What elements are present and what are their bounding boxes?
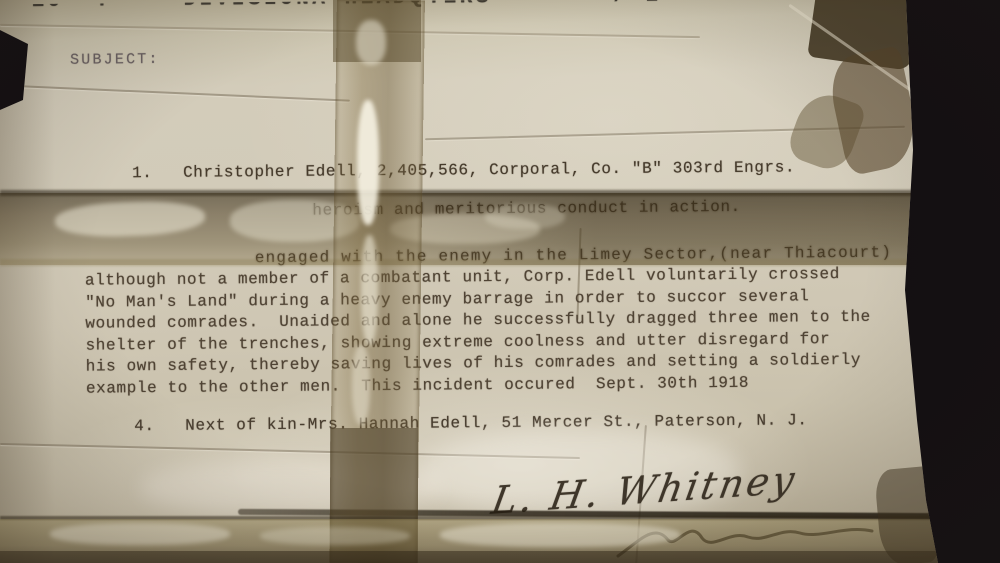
tape-shine bbox=[440, 523, 680, 547]
tape-shine bbox=[260, 527, 410, 545]
tape-edge bbox=[0, 259, 916, 266]
document-paper: 10 : DIVISIONA HEADQ TERS / 2 SUBJECT: 1… bbox=[0, 0, 1000, 563]
tape-stain bbox=[874, 466, 940, 563]
tape-shine bbox=[357, 100, 379, 225]
tape-shine bbox=[356, 20, 386, 65]
tape-shine bbox=[352, 345, 370, 425]
tape-shine bbox=[485, 204, 565, 229]
photo-of-document: 10 : DIVISIONA HEADQ TERS / 2 SUBJECT: 1… bbox=[0, 0, 1000, 563]
tape-dark-strip bbox=[0, 551, 944, 563]
tape-shine bbox=[50, 523, 230, 545]
tape-shine bbox=[361, 235, 378, 345]
